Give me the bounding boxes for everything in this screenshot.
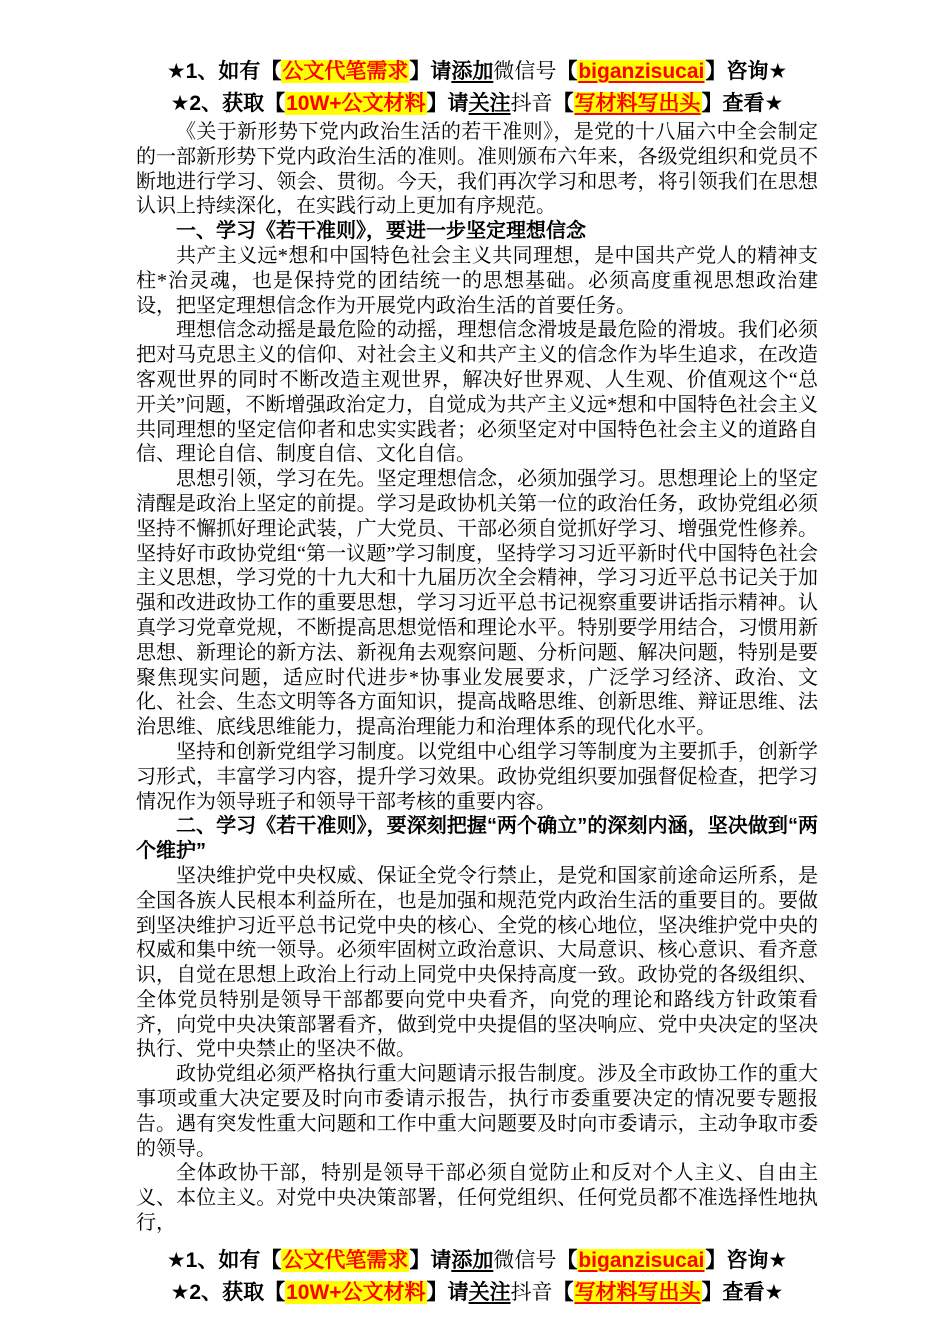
highlight-wechat-id: biganzisucai [577,60,705,83]
promo-text: 微信号 [493,1249,556,1272]
promo-text: ★2、获取【 [171,1281,286,1304]
promo-text: 】查看★ [702,92,784,115]
promo-text: ★1、如有【 [167,60,282,83]
promo-underline-tianjia: 添加 [451,60,493,83]
promo-text: ★1、如有【 [167,1249,282,1272]
promo-text: 【 [553,92,574,115]
body-paragraph: 全体政协干部，特别是领导干部必须自觉防止和反对个人主义、自由主义、本位主义。对党… [136,1161,818,1235]
promo-text: 】请 [427,1281,469,1304]
highlight-10w-materials: 10W+公文材料 [285,1281,426,1304]
header-promo-line-1: ★1、如有【公文代笔需求】请添加微信号【biganzisucai】咨询★ [136,56,818,88]
promo-text: 【 [556,60,577,83]
body-paragraph: 坚持和创新党组学习制度。以党组中心组学习等制度为主要抓手，创新学习形式，丰富学习… [136,740,818,814]
document-body: 《关于新形势下党内政治生活的若干准则》，是党的十八届六中全会制定的一部新形势下党… [136,120,818,1236]
promo-text: ★2、获取【 [171,92,286,115]
promo-text: 】查看★ [702,1281,784,1304]
body-paragraph: 坚决维护党中央权威、保证全党令行禁止，是党和国家前途命运所系，是全国各族人民根本… [136,864,818,1062]
footer-promo-block: ★1、如有【公文代笔需求】请添加微信号【biganzisucai】咨询★ ★2、… [136,1245,818,1309]
promo-text: 抖音 [511,1281,553,1304]
section-2-heading: 二、学习《若干准则》，要深刻把握“两个确立”的深刻内涵，坚决做到“两个维护” [136,814,818,864]
promo-text: 【 [553,1281,574,1304]
header-promo-block: ★1、如有【公文代笔需求】请添加微信号【biganzisucai】咨询★ ★2、… [136,56,818,120]
body-paragraph: 共产主义远*想和中国特色社会主义共同理想，是中国共产党人的精神支柱*治灵魂，也是… [136,244,818,318]
promo-text: 】咨询★ [705,1249,787,1272]
promo-text: 【 [556,1249,577,1272]
body-paragraph: 理想信念动摇是最危险的动摇，理想信念滑坡是最危险的滑坡。我们必须把对马克思主义的… [136,318,818,467]
promo-text: 】请 [409,60,451,83]
body-paragraph: 思想引领，学习在先。坚定理想信念，必须加强学习。思想理论上的坚定清醒是政治上坚定… [136,467,818,740]
section-1-heading: 一、学习《若干准则》，要进一步坚定理想信念 [136,219,818,244]
promo-text: 】咨询★ [705,60,787,83]
header-promo-line-2: ★2、获取【10W+公文材料】请关注抖音【写材料写出头】查看★ [136,88,818,120]
promo-underline-tianjia: 添加 [451,1249,493,1272]
promo-text: 】请 [409,1249,451,1272]
highlight-gongwen-daibi: 公文代笔需求 [281,60,409,83]
highlight-douyin-name: 写材料写出头 [574,1281,702,1304]
footer-promo-line-1: ★1、如有【公文代笔需求】请添加微信号【biganzisucai】咨询★ [136,1245,818,1277]
body-paragraph: 政协党组必须严格执行重大问题请示报告制度。涉及全市政协工作的重大事项或重大决定要… [136,1062,818,1161]
promo-text: 抖音 [511,92,553,115]
highlight-gongwen-daibi: 公文代笔需求 [281,1249,409,1272]
intro-paragraph: 《关于新形势下党内政治生活的若干准则》，是党的十八届六中全会制定的一部新形势下党… [136,120,818,219]
document-page: ★1、如有【公文代笔需求】请添加微信号【biganzisucai】咨询★ ★2、… [0,0,950,1344]
promo-text: 】请 [427,92,469,115]
promo-text: 微信号 [493,60,556,83]
footer-promo-line-2: ★2、获取【10W+公文材料】请关注抖音【写材料写出头】查看★ [136,1277,818,1309]
highlight-douyin-name: 写材料写出头 [574,92,702,115]
highlight-wechat-id: biganzisucai [577,1249,705,1272]
promo-underline-guanzhu: 关注 [469,1281,511,1304]
promo-underline-guanzhu: 关注 [469,92,511,115]
highlight-10w-materials: 10W+公文材料 [285,92,426,115]
